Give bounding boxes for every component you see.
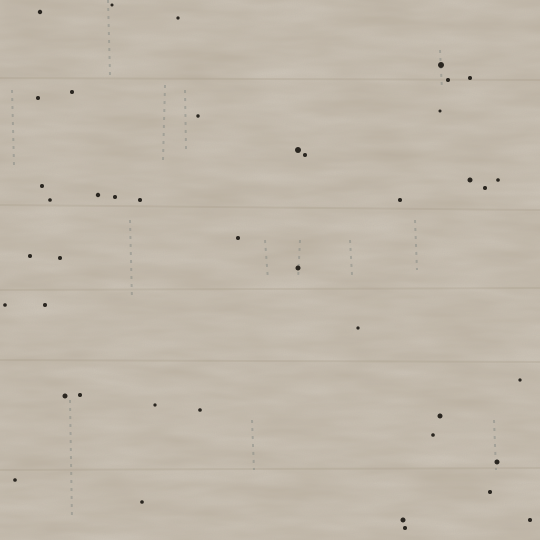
cork-texture [0,0,540,540]
texture-layer [0,0,540,540]
